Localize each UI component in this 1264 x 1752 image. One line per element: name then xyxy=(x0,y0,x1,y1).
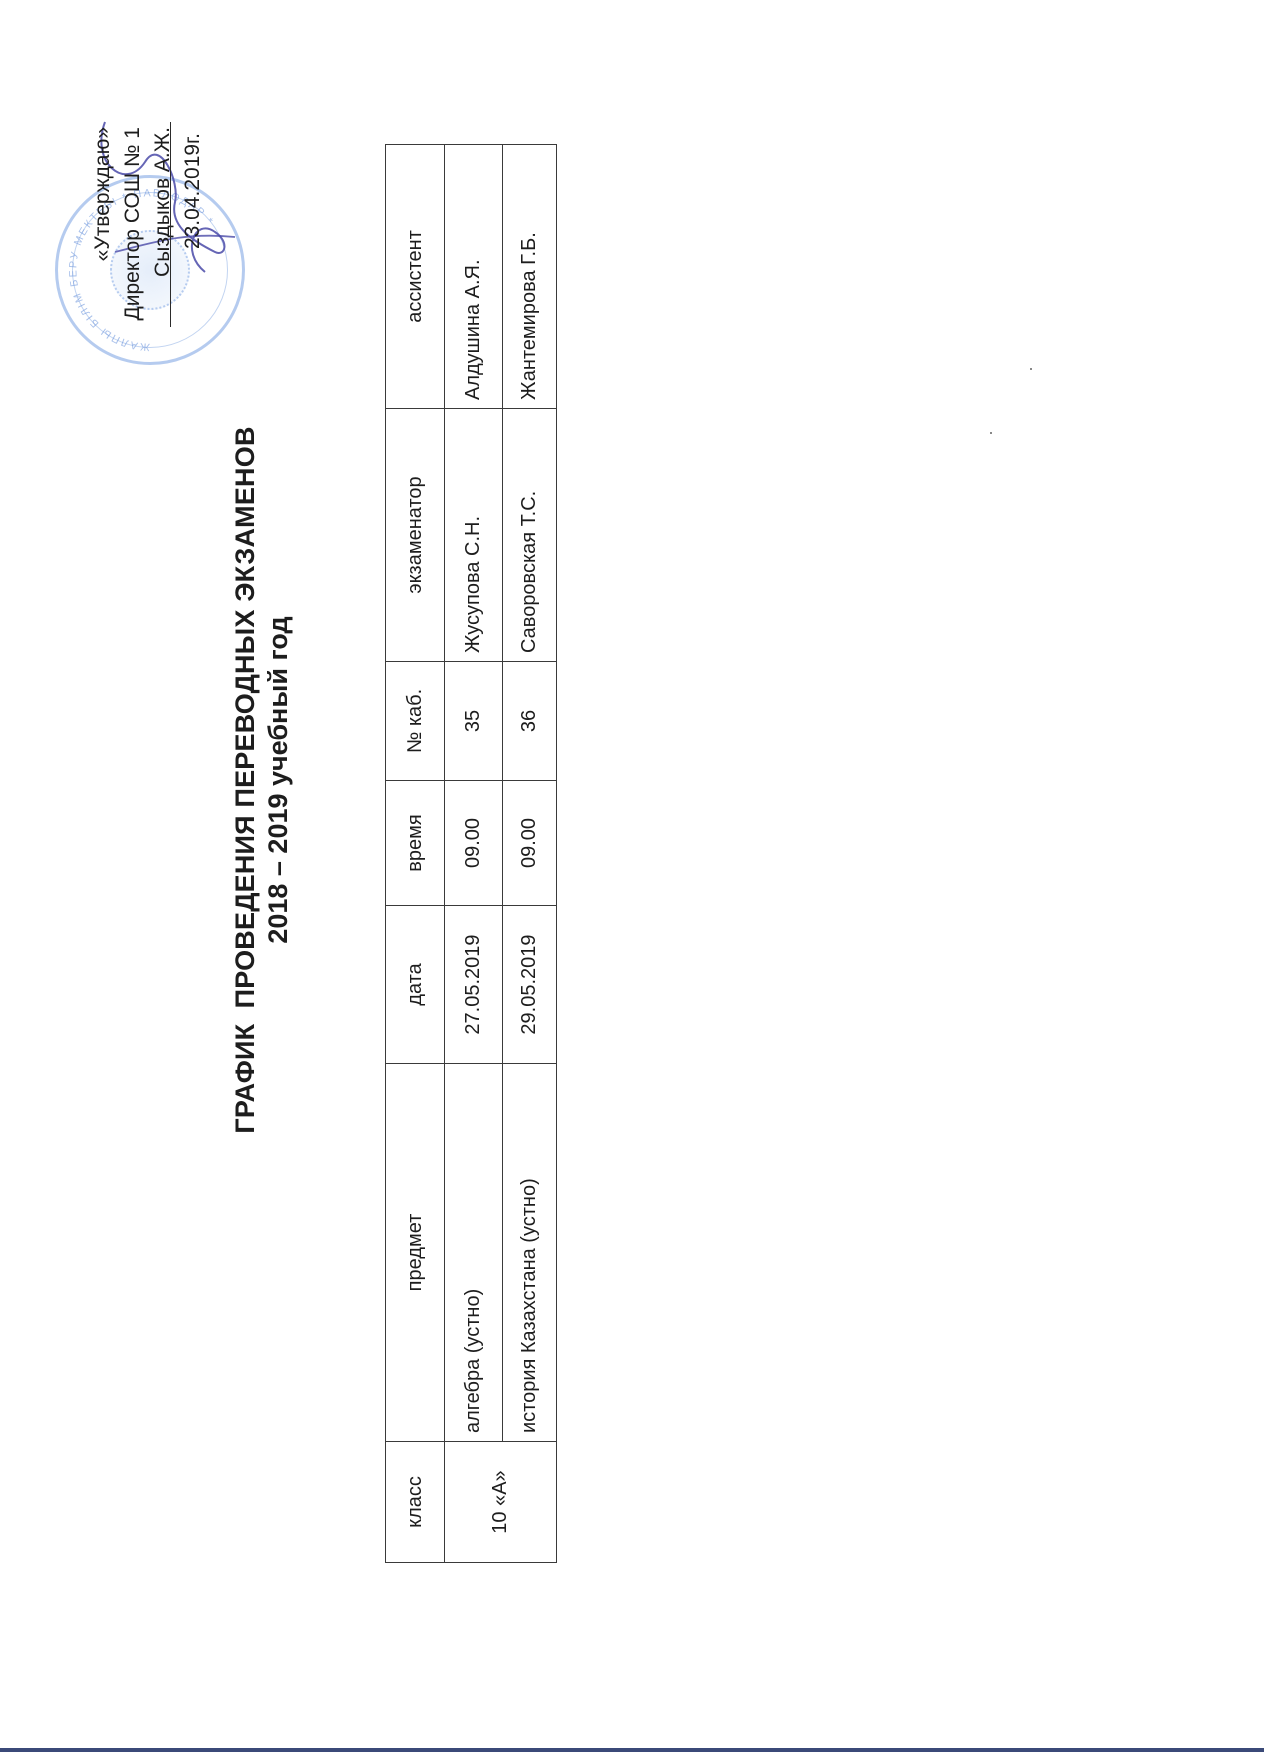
cell-subject: история Казахстана (устно) xyxy=(503,1064,557,1442)
cell-time: 09.00 xyxy=(445,781,503,906)
cell-class-group: 10 «А» xyxy=(445,1442,557,1563)
approval-date: 23.04.2019г. xyxy=(178,127,208,422)
cell-assistant: Алдушина А.Я. xyxy=(445,145,503,409)
cell-room: 36 xyxy=(503,662,557,781)
cell-date: 29.05.2019 xyxy=(503,906,557,1064)
cell-date: 27.05.2019 xyxy=(445,906,503,1064)
director-position: Директор СОШ № 1 xyxy=(118,127,148,422)
director-name: Сыздыков А.Ж. xyxy=(148,127,178,422)
exam-schedule-table: класс предмет дата время № каб. экзамена… xyxy=(385,144,557,1563)
signature-line xyxy=(170,122,171,327)
table-row: история Казахстана (устно) 29.05.2019 09… xyxy=(503,145,557,1563)
header-examiner: экзаменатор xyxy=(386,409,445,662)
approval-label: «Утверждаю» xyxy=(88,127,118,422)
title-main: ГРАФИК ПРОВЕДЕНИЯ ПЕРЕВОДНЫХ ЭКЗАМЕНОВ xyxy=(228,380,262,1180)
approval-date-block: 23.04.2019г. xyxy=(178,127,210,422)
scan-speck xyxy=(990,432,992,434)
cell-examiner: Жусупова С.Н. xyxy=(445,409,503,662)
scan-speck xyxy=(1030,368,1032,370)
document-title: ГРАФИК ПРОВЕДЕНИЯ ПЕРЕВОДНЫХ ЭКЗАМЕНОВ 2… xyxy=(228,380,294,1180)
title-academic-year: 2018 – 2019 учебный год xyxy=(262,380,294,1180)
header-date: дата xyxy=(386,906,445,1064)
header-time: время xyxy=(386,781,445,906)
table-header-row: класс предмет дата время № каб. экзамена… xyxy=(386,145,445,1563)
cell-subject: алгебра (устно) xyxy=(445,1064,503,1442)
table-row: 10 «А» алгебра (устно) 27.05.2019 09.00 … xyxy=(445,145,503,1563)
scan-edge-line xyxy=(0,1748,1264,1752)
header-subject: предмет xyxy=(386,1064,445,1442)
header-assistant: ассистент xyxy=(386,145,445,409)
cell-time: 09.00 xyxy=(503,781,557,906)
scanned-document-page: ГРАФИК ПРОВЕДЕНИЯ ПЕРЕВОДНЫХ ЭКЗАМЕНОВ 2… xyxy=(0,0,1264,1752)
header-class: класс xyxy=(386,1442,445,1563)
cell-examiner: Саворовская Т.С. xyxy=(503,409,557,662)
cell-assistant: Жантемирова Г.Б. xyxy=(503,145,557,409)
header-room: № каб. xyxy=(386,662,445,781)
cell-room: 35 xyxy=(445,662,503,781)
